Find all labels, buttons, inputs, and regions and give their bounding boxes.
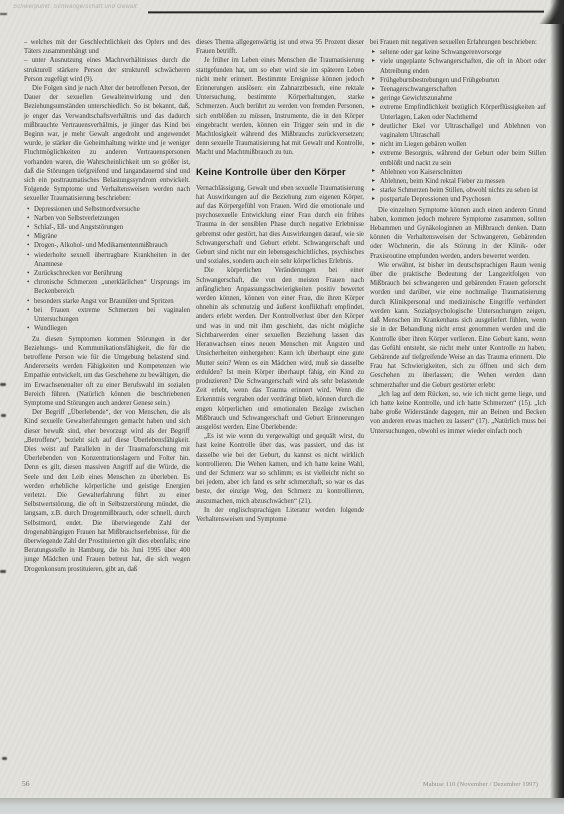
list-item: postpartale Depressionen und Psychosen	[380, 195, 546, 204]
scan-artifact	[0, 13, 7, 15]
list-item: Frühgeburtsbestrebungen und Frühgeburten	[380, 76, 546, 85]
quote-paragraph: „Ich lag auf dem Rücken, so, wie ich nic…	[370, 390, 546, 436]
scan-corner-shadow	[534, 0, 564, 24]
article-body: – welches mit der Geschlechtlichkeit des…	[24, 38, 546, 760]
symptom-list: Depressionen und Selbstmordversuche Narb…	[24, 205, 190, 334]
column-1: – welches mit der Geschlechtlichkeit des…	[24, 38, 190, 760]
paragraph: In der englischsprachigen Literatur werd…	[196, 506, 364, 524]
paragraph: Die einzelnen Symptome können auch einen…	[370, 206, 546, 261]
list-item: starke Schmerzen beim Stillen, obwohl ni…	[380, 186, 546, 195]
list-item: besonders starke Angst vor Braunülen und…	[34, 297, 190, 306]
paragraph: Die Folgen sind je nach Alter der betrof…	[24, 84, 190, 204]
symptom-list: seltene oder gar keine Schwangerenvorsor…	[370, 48, 546, 204]
list-item: Narben von Selbstverletzungen	[34, 214, 190, 223]
journal-reference: Mabuse 110 (November / Dezember 1997)	[423, 781, 538, 788]
list-item: Teenagerschwangerschaften	[380, 85, 546, 94]
list-item: geringe Gewichtszunahme	[380, 94, 546, 103]
running-head: Schwerpunkt: Schwangerschaft und Gewalt	[13, 4, 153, 10]
list-item: Zurückschrecken vor Berührung	[34, 269, 190, 278]
scan-artifact	[0, 570, 6, 573]
scan-edge-shadow	[550, 0, 564, 800]
paragraph: bei Frauen mit negativen sexuellen Erfah…	[370, 38, 546, 47]
list-item: Wundliegen	[34, 324, 190, 333]
list-item: Schlaf-, Eß- und Angststörungen	[34, 223, 190, 232]
list-item: extreme Empfindlichkeit bezüglich Körper…	[380, 103, 546, 121]
list-item: chronische Schmerzen „unerklärlichen“ Ur…	[34, 278, 190, 296]
list-item: Drogen-, Alkohol- und Medikamentenmißbra…	[34, 241, 190, 250]
list-item: nicht im Liegen gebären wollen	[380, 140, 546, 149]
list-item: extreme Besorgnis, während der Geburt od…	[380, 149, 546, 167]
paragraph: – unter Ausnutzung eines Machtverhältnis…	[24, 56, 190, 84]
paragraph: Je früher im Leben eines Menschen die Tr…	[196, 56, 364, 157]
header-rule	[148, 11, 544, 14]
list-item: seltene oder gar keine Schwangerenvorsor…	[380, 48, 546, 57]
scanned-journal-page: { "page": { "header": { "running_title":…	[0, 0, 564, 814]
paragraph: Der Begriff „Überlebende“, der von Mensc…	[24, 408, 190, 574]
scan-artifact	[0, 383, 6, 386]
list-item: deutlicher Ekel vor Ultraschallgel und A…	[380, 122, 546, 140]
column-3: bei Frauen mit negativen sexuellen Erfah…	[370, 38, 546, 760]
page-number: 56	[22, 779, 30, 788]
list-item: viele ungeplante Schwangerschaften, die …	[380, 57, 546, 75]
scan-bottom-band	[0, 798, 564, 814]
paragraph: Vernachlässigung, Gewalt und eben sexuel…	[196, 184, 364, 267]
paragraph: Zu diesen Symptomen kommen Störungen in …	[24, 335, 190, 409]
quote-paragraph: „Es ist wie wenn du vergewaltigt und geq…	[196, 432, 364, 506]
list-item: Depressionen und Selbstmordversuche	[34, 205, 190, 214]
section-heading: Keine Kontrolle über den Körper	[196, 167, 364, 178]
list-item: wiederholte sexuell übertragbare Krankhe…	[34, 251, 190, 269]
scan-artifact	[1, 414, 6, 417]
list-item: Migräne	[34, 232, 190, 241]
list-item: Ablehnen von Kaiserschnitten	[380, 168, 546, 177]
list-item: Ablehnen, beim Kind rektal Fieber zu mes…	[380, 177, 546, 186]
paragraph: Die körperlichen Veränderungen bei einer…	[196, 266, 364, 432]
paragraph: – welches mit der Geschlechtlichkeit des…	[24, 38, 190, 56]
scan-artifact	[2, 757, 7, 760]
paragraph: Wie erwähnt, ist bisher im deutschsprach…	[370, 261, 546, 390]
paragraph: dieses Thema allgegenwärtig ist und etwa…	[196, 38, 364, 56]
column-2: dieses Thema allgegenwärtig ist und etwa…	[196, 38, 364, 760]
list-item: bei Frauen extreme Schmerzen bei vaginal…	[34, 306, 190, 324]
